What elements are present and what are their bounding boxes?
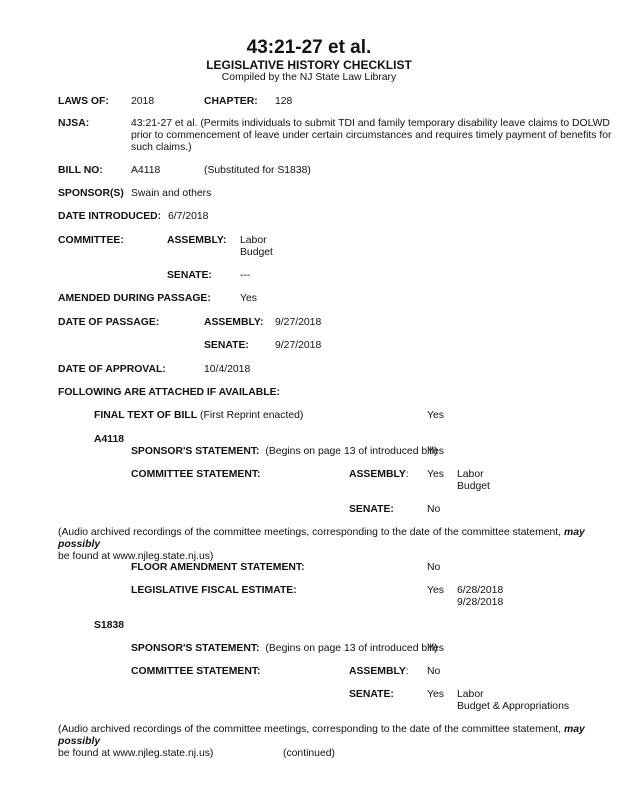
date-introduced-value: 6/7/2018 [168,211,208,223]
attached-heading: FOLLOWING ARE ATTACHED IF AVAILABLE: [58,387,280,399]
compiled-by: Compiled by the NJ State Law Library [0,72,618,84]
document-title: 43:21-27 et al. [0,37,618,59]
a4118-cs-assembly-colon: : [406,469,409,480]
njsa-label: NJSA: [58,118,89,130]
s1838-sponsor-statement-label: SPONSOR'S STATEMENT: [131,643,260,654]
document-subtitle: LEGISLATIVE HISTORY CHECKLIST [0,58,618,72]
amended-value: Yes [240,293,257,305]
audio-note-text: (Audio archived recordings of the commit… [58,527,564,538]
s1838-cs-assembly-label: ASSEMBLY [349,666,406,677]
a4118-cs-assembly-committees: Labor Budget [457,469,490,493]
a4118-sponsor-statement-note: (Begins on page 13 of introduced bill) [265,446,437,457]
s1838-sponsor-statement-value: Yes [427,643,444,655]
final-text-note: (First Reprint enacted) [200,410,303,421]
a4118-fiscal-estimate-dates: 6/28/2018 9/28/2018 [457,585,503,609]
date-introduced-label: DATE INTRODUCED: [58,211,161,223]
final-text-label: FINAL TEXT OF BILL [94,410,197,421]
chapter-value: 128 [275,96,292,108]
a4118-cs-senate-label: SENATE: [349,504,394,516]
committee-senate-value: --- [240,270,250,282]
bill-no-value: A4118 [131,165,160,177]
committee-assembly-value: Labor Budget [240,235,273,259]
final-text-row: FINAL TEXT OF BILL (First Reprint enacte… [94,410,303,422]
s1838-cs-assembly-colon: : [406,666,409,677]
date-of-passage-label: DATE OF PASSAGE: [58,317,159,329]
date-of-approval-value: 10/4/2018 [204,364,250,376]
a4118-cs-assembly-value: Yes [427,469,444,481]
committee-assembly-label: ASSEMBLY: [167,235,226,247]
s1838-cs-senate-label: SENATE: [349,689,394,701]
laws-of-value: 2018 [131,96,154,108]
s1838-sponsor-statement-note: (Begins on page 13 of introduced bill) [265,643,437,654]
passage-senate-label: SENATE: [204,340,249,352]
a4118-fiscal-estimate-label: LEGISLATIVE FISCAL ESTIMATE: [131,585,297,597]
a4118-sponsor-statement-value: Yes [427,446,444,458]
passage-assembly-value: 9/27/2018 [275,317,321,329]
a4118-sponsor-statement-label: SPONSOR'S STATEMENT: [131,446,260,457]
a4118-floor-amendment-value: No [427,562,440,574]
a4118-cs-assembly-label: ASSEMBLY [349,469,406,480]
passage-assembly-label: ASSEMBLY: [204,317,263,329]
passage-senate-value: 9/27/2018 [275,340,321,352]
bill-no-label: BILL NO: [58,165,103,177]
chapter-label: CHAPTER: [204,96,258,108]
committee-senate-label: SENATE: [167,270,212,282]
sponsors-label: SPONSOR(S) [58,188,124,200]
a4118-sponsor-statement-row: SPONSOR'S STATEMENT: (Begins on page 13 … [131,446,438,458]
a4118-fiscal-estimate-value: Yes [427,585,444,597]
a4118-committee-statement-label: COMMITTEE STATEMENT: [131,469,261,481]
a4118-audio-note: (Audio archived recordings of the commit… [58,527,613,563]
a4118-bill-heading: A4118 [94,434,124,446]
amended-label: AMENDED DURING PASSAGE: [58,293,211,305]
final-text-value: Yes [427,410,444,422]
audio-note-text: (Audio archived recordings of the commit… [58,724,564,735]
sponsors-value: Swain and others [131,188,211,200]
s1838-cs-assembly-row: ASSEMBLY: [349,666,409,678]
s1838-bill-heading: S1838 [94,620,124,632]
date-of-approval-label: DATE OF APPROVAL: [58,364,166,376]
continued-note: (continued) [0,748,618,760]
s1838-sponsor-statement-row: SPONSOR'S STATEMENT: (Begins on page 13 … [131,643,438,655]
committee-label: COMMITTEE: [58,235,124,247]
audio-note-link-text: be found at www.njleg.state.nj.us) [58,551,213,562]
s1838-cs-senate-value: Yes [427,689,444,701]
a4118-cs-senate-value: No [427,504,440,516]
s1838-cs-senate-committees: Labor Budget & Appropriations [457,689,569,713]
a4118-floor-amendment-label: FLOOR AMENDMENT STATEMENT: [131,562,305,574]
laws-of-label: LAWS OF: [58,96,109,108]
s1838-committee-statement-label: COMMITTEE STATEMENT: [131,666,261,678]
a4118-cs-assembly-row: ASSEMBLY: [349,469,409,481]
s1838-cs-assembly-value: No [427,666,440,678]
njsa-value: 43:21-27 et al. (Permits individuals to … [131,118,613,154]
bill-substitution-note: (Substituted for S1838) [204,165,311,177]
